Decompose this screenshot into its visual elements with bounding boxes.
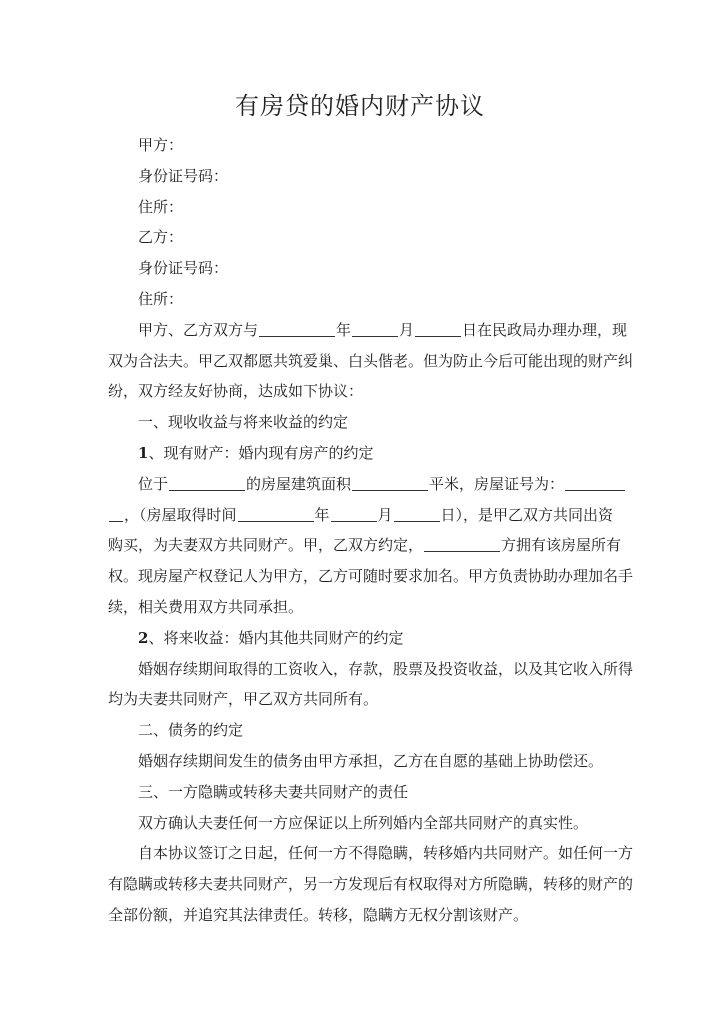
- page-title: 有房贷的婚内财产协议: [0, 90, 720, 122]
- text: 位于: [138, 475, 168, 493]
- subsection-2-heading: 2、将来收益：婚内其他共同财产的约定: [108, 623, 612, 654]
- party-b-id-label: 身份证号码：: [108, 253, 612, 284]
- subsection-text: 、现有财产：婚内现有房产的约定: [148, 444, 373, 462]
- party-b-address-label: 住所：: [108, 284, 612, 315]
- document-body: 甲方： 身份证号码： 住所： 乙方： 身份证号码： 住所： 甲方、乙方双方与年月…: [108, 130, 612, 931]
- marriage-month-blank: [352, 321, 398, 337]
- subsection-number: 1: [138, 444, 148, 462]
- text: ，（房屋取得时间: [124, 506, 237, 524]
- property-line-3: 购买，为夫妻双方共同财产。甲，乙双方约定，方拥有该房屋所有: [108, 530, 612, 561]
- document-page: 有房贷的婚内财产协议 甲方： 身份证号码： 住所： 乙方： 身份证号码： 住所：…: [0, 0, 720, 1017]
- preamble-text: 日在民政局办理办理，现: [462, 321, 627, 339]
- text: 年: [315, 506, 330, 524]
- preamble-line-3: 纷，双方经友好协商，达成如下协议：: [108, 376, 612, 407]
- text: 购买，为夫妻双方共同财产。甲，乙双方约定，: [108, 536, 423, 554]
- marriage-day-blank: [415, 321, 461, 337]
- certificate-number-blank-cont: [109, 506, 123, 522]
- location-blank: [169, 475, 245, 491]
- acquisition-month-blank: [331, 506, 377, 522]
- month-label: 月: [399, 321, 414, 339]
- property-line-2: ，（房屋取得时间年月日），是甲乙双方共同出资: [108, 500, 612, 531]
- party-b-label: 乙方：: [108, 222, 612, 253]
- acquisition-day-blank: [394, 506, 440, 522]
- property-line-4: 权。现房屋产权登记人为甲方，乙方可随时要求加名。甲方负责协助办理加名手: [108, 561, 612, 592]
- acquisition-year-blank: [238, 506, 314, 522]
- text: 的房屋建筑面积: [246, 475, 351, 493]
- owner-blank: [424, 536, 500, 552]
- concealment-line-3: 全部份额，并追究其法律责任。转移，隐瞒方无权分割该财产。: [108, 900, 612, 931]
- property-line-5: 续，相关费用双方共同承担。: [108, 592, 612, 623]
- concealment-line-1: 自本协议签订之日起，任何一方不得隐瞒，转移婚内共同财产。如任何一方: [108, 838, 612, 869]
- text: 平米，房屋证号为：: [429, 475, 564, 493]
- text: 方拥有该房屋所有: [501, 536, 621, 554]
- marriage-year-blank: [259, 321, 335, 337]
- text: 日），是甲乙双方共同出资: [441, 506, 614, 524]
- subsection-text: 、将来收益：婚内其他共同财产的约定: [148, 629, 403, 647]
- debt-paragraph: 婚姻存续期间发生的债务由甲方承担，乙方在自愿的基础上协助偿还。: [108, 746, 612, 777]
- section-1-heading: 一、现收收益与将来收益的约定: [108, 407, 612, 438]
- party-a-address-label: 住所：: [108, 192, 612, 223]
- subsection-1-heading: 1、现有财产：婚内现有房产的约定: [108, 438, 612, 469]
- party-a-id-label: 身份证号码：: [108, 161, 612, 192]
- section-3-heading: 三、一方隐瞒或转移夫妻共同财产的责任: [108, 777, 612, 808]
- concealment-line-2: 有隐瞒或转移夫妻共同财产，另一方发现后有权取得对方所隐瞒，转移的财产的: [108, 869, 612, 900]
- certificate-number-blank: [565, 475, 625, 491]
- future-income-line-1: 婚姻存续期间取得的工资收入，存款，股票及投资收益，以及其它收入所得: [108, 654, 612, 685]
- preamble-line-1: 甲方、乙方双方与年月日在民政局办理办理，现: [108, 315, 612, 346]
- year-label: 年: [336, 321, 351, 339]
- party-a-label: 甲方：: [108, 130, 612, 161]
- section-2-heading: 二、债务的约定: [108, 715, 612, 746]
- property-line-1: 位于的房屋建筑面积平米，房屋证号为：: [108, 469, 612, 500]
- subsection-number: 2: [138, 629, 148, 647]
- text: 月: [378, 506, 393, 524]
- future-income-line-2: 均为夫妻共同财产，甲乙双方共同所有。: [108, 684, 612, 715]
- area-blank: [352, 475, 428, 491]
- authenticity-paragraph: 双方确认夫妻任何一方应保证以上所列婚内全部共同财产的真实性。: [108, 808, 612, 839]
- preamble-line-2: 双为合法夫。甲乙双都愿共筑爱巢、白头偕老。但为防止今后可能出现的财产纠: [108, 346, 612, 377]
- preamble-text: 甲方、乙方双方与: [138, 321, 258, 339]
